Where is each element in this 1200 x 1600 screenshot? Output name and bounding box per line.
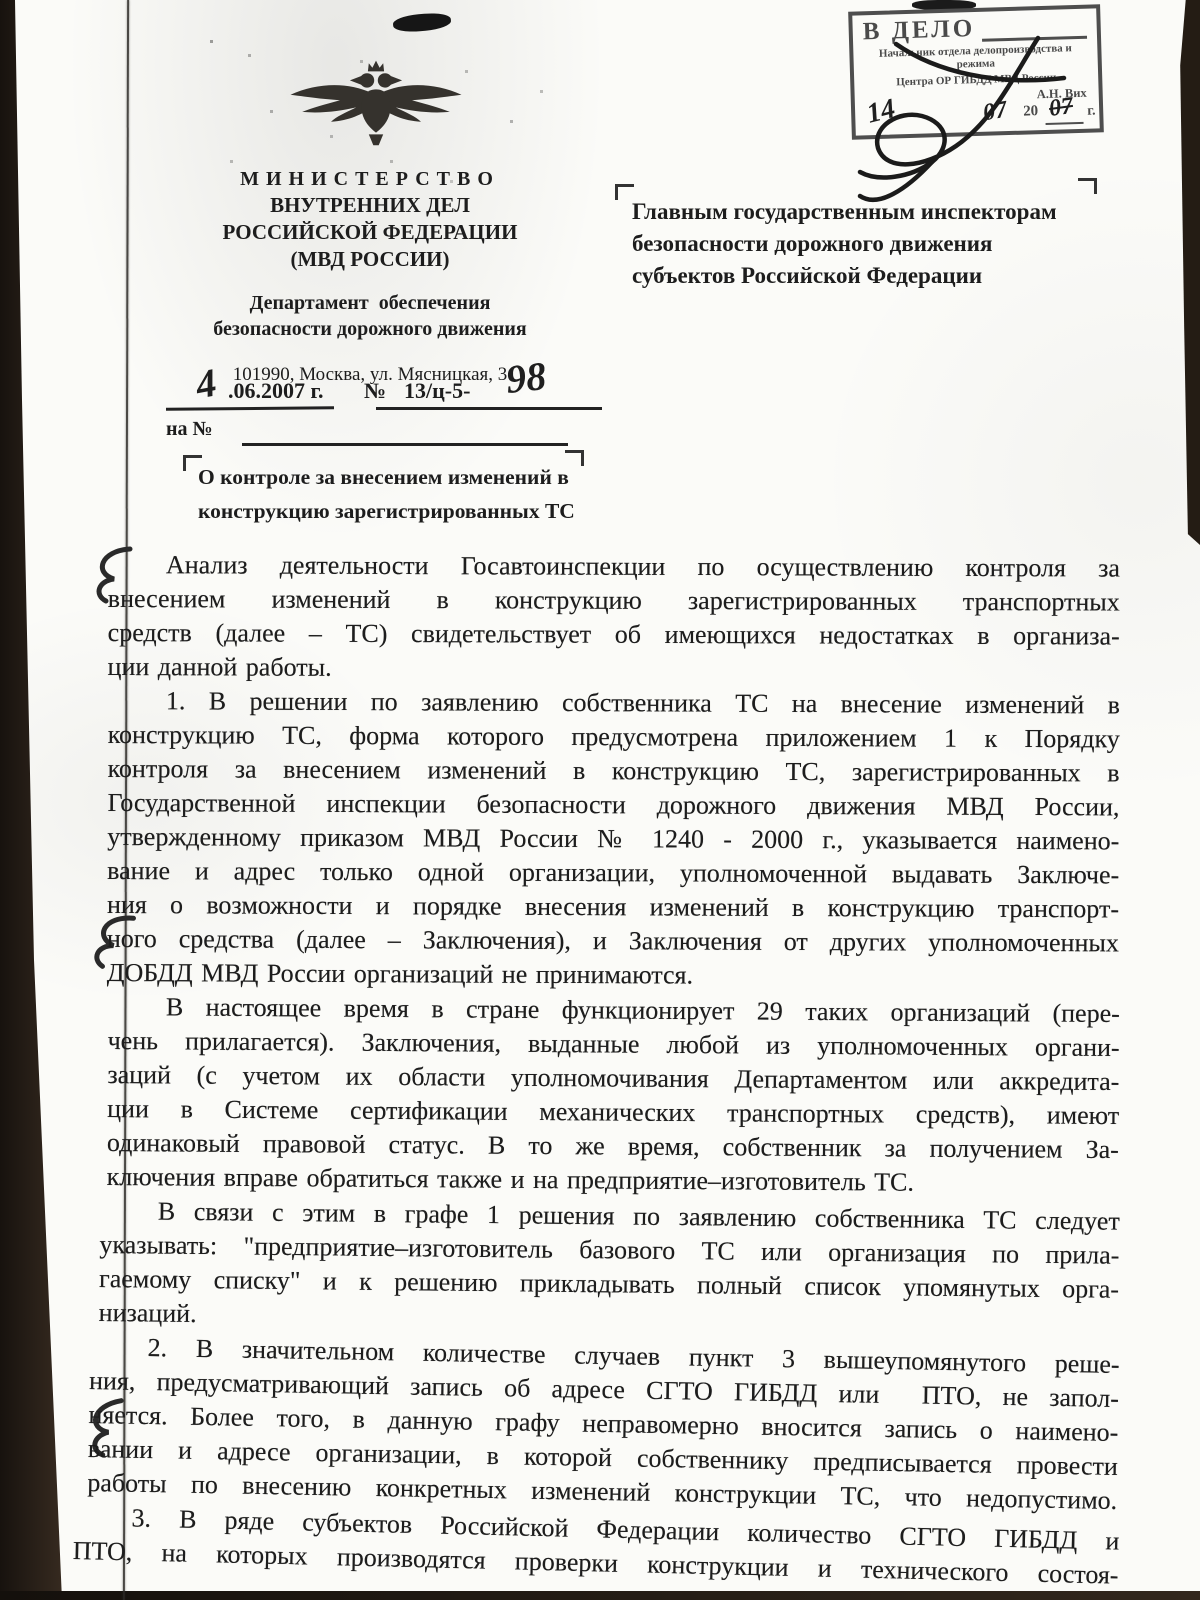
letter-date: .06.2007 г.: [228, 378, 324, 404]
stamp-handwritten-month: 07: [981, 97, 1009, 128]
ministry-name-line1: МИНИСТЕРСТВО: [168, 166, 572, 192]
paragraph: В настоящее время в стране функционирует…: [107, 990, 1120, 1201]
eagle-emblem-icon: [286, 56, 466, 148]
paragraph: Анализ деятельности Госавтоинспекции по …: [108, 548, 1120, 688]
paragraph: В связи с этим в графе 1 решения по заяв…: [99, 1194, 1120, 1341]
subject-line: О контроле за внесением изменений в: [198, 460, 598, 494]
paragraph: 1. В решении по заявлению собственника Т…: [107, 684, 1120, 994]
stamp-blank-line: [981, 16, 1087, 42]
handwritten-number-suffix: 98: [504, 352, 549, 403]
stamp-handwritten-number: 14: [864, 93, 899, 131]
department-line2: безопасности дорожного движения: [168, 316, 572, 342]
body-line: ния о возможности и порядке внесения изм…: [107, 888, 1119, 926]
scan-artifact-blob: [392, 12, 451, 34]
reply-to-label: на №: [166, 418, 213, 441]
body-line: утвержденному приказом МВД России № 1240…: [107, 820, 1119, 858]
body-line: ного средства (далее – Заключения), и За…: [107, 922, 1119, 960]
stamp-signatory-name: А.Н. Вих: [1037, 86, 1087, 102]
paragraph: 2. В значительном количестве случаев пун…: [87, 1330, 1120, 1518]
stamp-year-prefix: 20: [1023, 103, 1038, 120]
number-underline: [376, 407, 602, 410]
body-line: конструкцию ТС, форма которого предусмот…: [108, 718, 1120, 756]
body-line: Анализ деятельности Госавтоинспекции по …: [108, 548, 1120, 586]
body-line: средств (далее – ТС) свидетельствует об …: [108, 616, 1120, 654]
subject-block: О контроле за внесением изменений в конс…: [198, 460, 598, 528]
number-sign: №: [364, 378, 386, 404]
stamp-date-row: 14 07 20 07 г. А.Н. Вих: [865, 90, 1090, 137]
letter-number: 13/ц-5-: [404, 378, 470, 404]
recipient-line: Главным государственным инспекторам: [632, 196, 1102, 228]
body-line: Государственной инспекции безопасности д…: [107, 786, 1119, 824]
body-line: вание и адрес только одной организации, …: [107, 854, 1119, 892]
body-text: Анализ деятельности Госавтоинспекции по …: [108, 548, 1120, 1568]
ministry-name-line3: РОССИЙСКОЙ ФЕДЕРАЦИИ: [168, 219, 572, 246]
ministry-abbrev: (МВД РОССИИ): [168, 246, 572, 273]
body-line: контроля за внесением изменений в констр…: [108, 752, 1120, 790]
subject-line: конструкцию зарегистрированных ТС: [198, 494, 598, 528]
recipient-line: безопасности дорожного движения: [632, 228, 1102, 260]
scan-edge-right: [1178, 0, 1200, 545]
reply-underline: [242, 443, 568, 446]
recipient-block: Главным государственным инспекторам безо…: [632, 196, 1102, 292]
date-underline: [166, 406, 334, 410]
file-stamp: В ДЕЛО Начальник отдела делопроизводства…: [848, 4, 1104, 139]
stamp-year-suffix: г.: [1087, 103, 1096, 119]
recipient-corner-bracket-right: [1078, 178, 1097, 194]
recipient-line: субъектов Российской Федерации: [632, 260, 1102, 292]
scan-speckles: [210, 40, 213, 43]
scan-edge-left: [0, 0, 70, 1600]
body-line: внесением изменений в конструкцию зареги…: [108, 582, 1120, 620]
scanned-letter-page: { "colors": {"paper":"#fbfbf8","ink":"#1…: [0, 0, 1200, 1600]
body-line: ДОБДД МВД России организаций не принимаю…: [107, 956, 1119, 994]
stamp-officer-line: Начальник отдела делопроизводства и режи…: [863, 42, 1088, 75]
scan-edge-bottom: [0, 1591, 1200, 1600]
department-line1: Департамент обеспечения: [168, 290, 572, 316]
ministry-name-line2: ВНУТРЕННИХ ДЕЛ: [168, 192, 572, 219]
letterhead: МИНИСТЕРСТВО ВНУТРЕННИХ ДЕЛ РОССИЙСКОЙ Ф…: [168, 166, 572, 386]
body-line: ции данной работы.: [108, 650, 1120, 688]
body-line: 1. В решении по заявлению собственника Т…: [108, 684, 1120, 722]
stamp-title: В ДЕЛО: [862, 16, 975, 45]
